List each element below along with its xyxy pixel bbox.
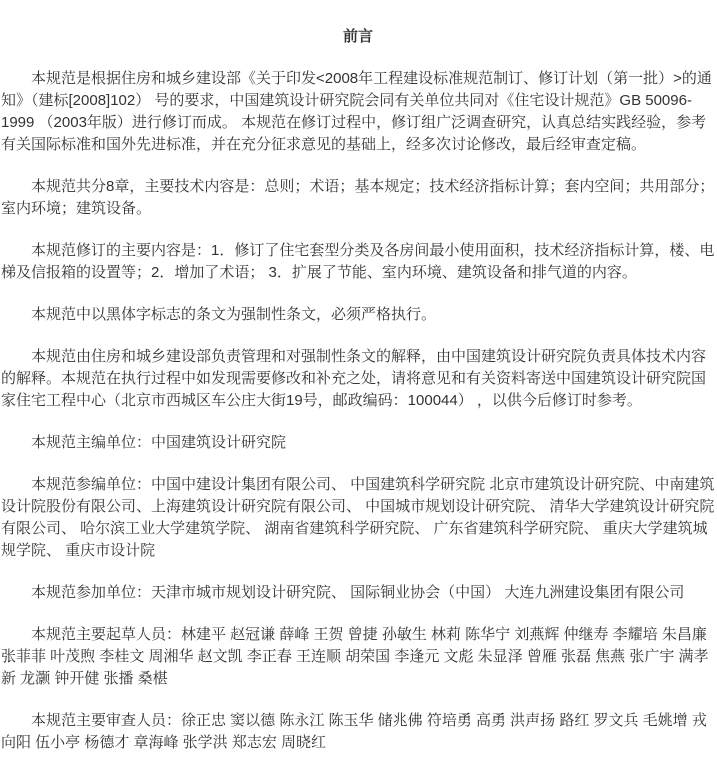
paragraph-intro: 本规范是根据住房和城乡建设部《关于印发<2008年工程建设标准规范制订、修订计划… bbox=[1, 68, 715, 156]
paragraph-co-editor-units: 本规范参编单位：中国中建设计集团有限公司、 中国建筑科学研究院 北京市建筑设计研… bbox=[1, 474, 715, 562]
paragraph-participating-units: 本规范参加单位：天津市城市规划设计研究院、 国际铜业协会（中国） 大连九洲建设集… bbox=[1, 582, 715, 604]
paragraph-chapters: 本规范共分8章，主要技术内容是：总则；术语；基本规定；技术经济指标计算；套内空间… bbox=[1, 176, 715, 220]
paragraph-chief-editor-unit: 本规范主编单位：中国建筑设计研究院 bbox=[1, 432, 715, 454]
paragraph-reviewers: 本规范主要审查人员：徐正忠 窦以德 陈永江 陈玉华 储兆佛 符培勇 高勇 洪声扬… bbox=[1, 710, 715, 754]
document-page: 前言 本规范是根据住房和城乡建设部《关于印发<2008年工程建设标准规范制订、修… bbox=[0, 0, 717, 763]
page-title: 前言 bbox=[1, 26, 715, 48]
paragraph-drafters: 本规范主要起草人员：林建平 赵冠谦 薛峰 王贺 曾捷 孙敏生 林莉 陈华宁 刘燕… bbox=[1, 624, 715, 690]
paragraph-revision-content: 本规范修订的主要内容是：1．修订了住宅套型分类及各房间最小使用面积，技术经济指标… bbox=[1, 240, 715, 284]
paragraph-management: 本规范由住房和城乡建设部负责管理和对强制性条文的解释，由中国建筑设计研究院负责具… bbox=[1, 346, 715, 412]
paragraph-mandatory-clauses: 本规范中以黑体字标志的条文为强制性条文，必须严格执行。 bbox=[1, 304, 715, 326]
foreword-body: 本规范是根据住房和城乡建设部《关于印发<2008年工程建设标准规范制订、修订计划… bbox=[1, 68, 715, 754]
